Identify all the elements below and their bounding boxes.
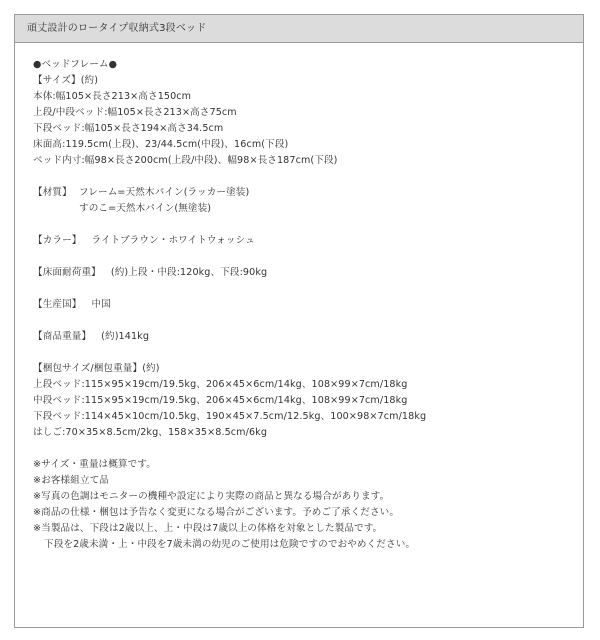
size-upper-middle: 上段/中段ベッド:幅105×長さ213×高さ75cm: [33, 105, 573, 121]
note-age: ※当製品は、下段は2歳以上、上・中段は7歳以上の体格を対象とした製品です。: [33, 521, 573, 537]
size-body: 本体:幅105×長さ213×高さ150cm: [33, 89, 573, 105]
origin-value: 中国: [91, 299, 110, 310]
weight-row: 【商品重量】(約)141kg: [33, 329, 573, 345]
weight-value: (約)141kg: [101, 331, 149, 342]
note-spec-change: ※商品の仕様・梱包は予告なく変更になる場合がございます。予めご了承ください。: [33, 505, 573, 521]
size-lower: 下段ベッド:幅105×長さ194×高さ34.5cm: [33, 121, 573, 137]
spec-panel: 頑丈設計のロータイプ収納式3段ベッド ●ベッドフレーム● 【サイズ】(約) 本体…: [14, 14, 584, 628]
frame-heading: ●ベッドフレーム●: [33, 57, 573, 73]
material-label: 【材質】: [33, 185, 79, 201]
floor-height: 床面高:119.5cm(上段)、23/44.5cm(中段)、16cm(下段): [33, 137, 573, 153]
load-row: 【床面耐荷重】(約)上段・中段:120kg、下段:90kg: [33, 265, 573, 281]
material-frame: フレーム=天然木パイン(ラッカー塗装): [79, 187, 249, 198]
weight-label: 【商品重量】: [33, 331, 91, 342]
panel-title: 頑丈設計のロータイプ収納式3段ベッド: [15, 15, 583, 43]
origin-row: 【生産国】中国: [33, 297, 573, 313]
spec-content: ●ベッドフレーム● 【サイズ】(約) 本体:幅105×長さ213×高さ150cm…: [33, 57, 573, 553]
note-approx: ※サイズ・重量は概算です。: [33, 457, 573, 473]
package-lower: 下段ベッド:114×45×10cm/10.5kg、190×45×7.5cm/12…: [33, 409, 573, 425]
material-slats: すのこ=天然木パイン(無塗装): [33, 201, 573, 217]
inner-size: ベッド内寸:幅98×長さ200cm(上段/中段)、幅98×長さ187cm(下段): [33, 153, 573, 169]
origin-label: 【生産国】: [33, 299, 81, 310]
package-middle: 中段ベッド:115×95×19cm/19.5kg、206×45×6cm/14kg…: [33, 393, 573, 409]
package-ladder: はしご:70×35×8.5cm/2kg、158×35×8.5cm/6kg: [33, 425, 573, 441]
color-label: 【カラー】: [33, 235, 81, 246]
note-color: ※写真の色調はモニターの機種や設定により実際の商品と異なる場合があります。: [33, 489, 573, 505]
color-value: ライトブラウン・ホワイトウォッシュ: [91, 235, 254, 246]
load-value: (約)上段・中段:120kg、下段:90kg: [111, 267, 267, 278]
load-label: 【床面耐荷重】: [33, 267, 101, 278]
note-age-warning: 下段を2歳未満・上・中段を7歳未満の幼児のご使用は危険ですのでおやめください。: [33, 537, 573, 553]
material-row: 【材質】フレーム=天然木パイン(ラッカー塗装): [33, 185, 573, 201]
size-label: 【サイズ】(約): [33, 73, 573, 89]
package-upper: 上段ベッド:115×95×19cm/19.5kg、206×45×6cm/14kg…: [33, 377, 573, 393]
package-label: 【梱包サイズ/梱包重量】(約): [33, 361, 573, 377]
note-assembly: ※お客様組立て品: [33, 473, 573, 489]
color-row: 【カラー】ライトブラウン・ホワイトウォッシュ: [33, 233, 573, 249]
